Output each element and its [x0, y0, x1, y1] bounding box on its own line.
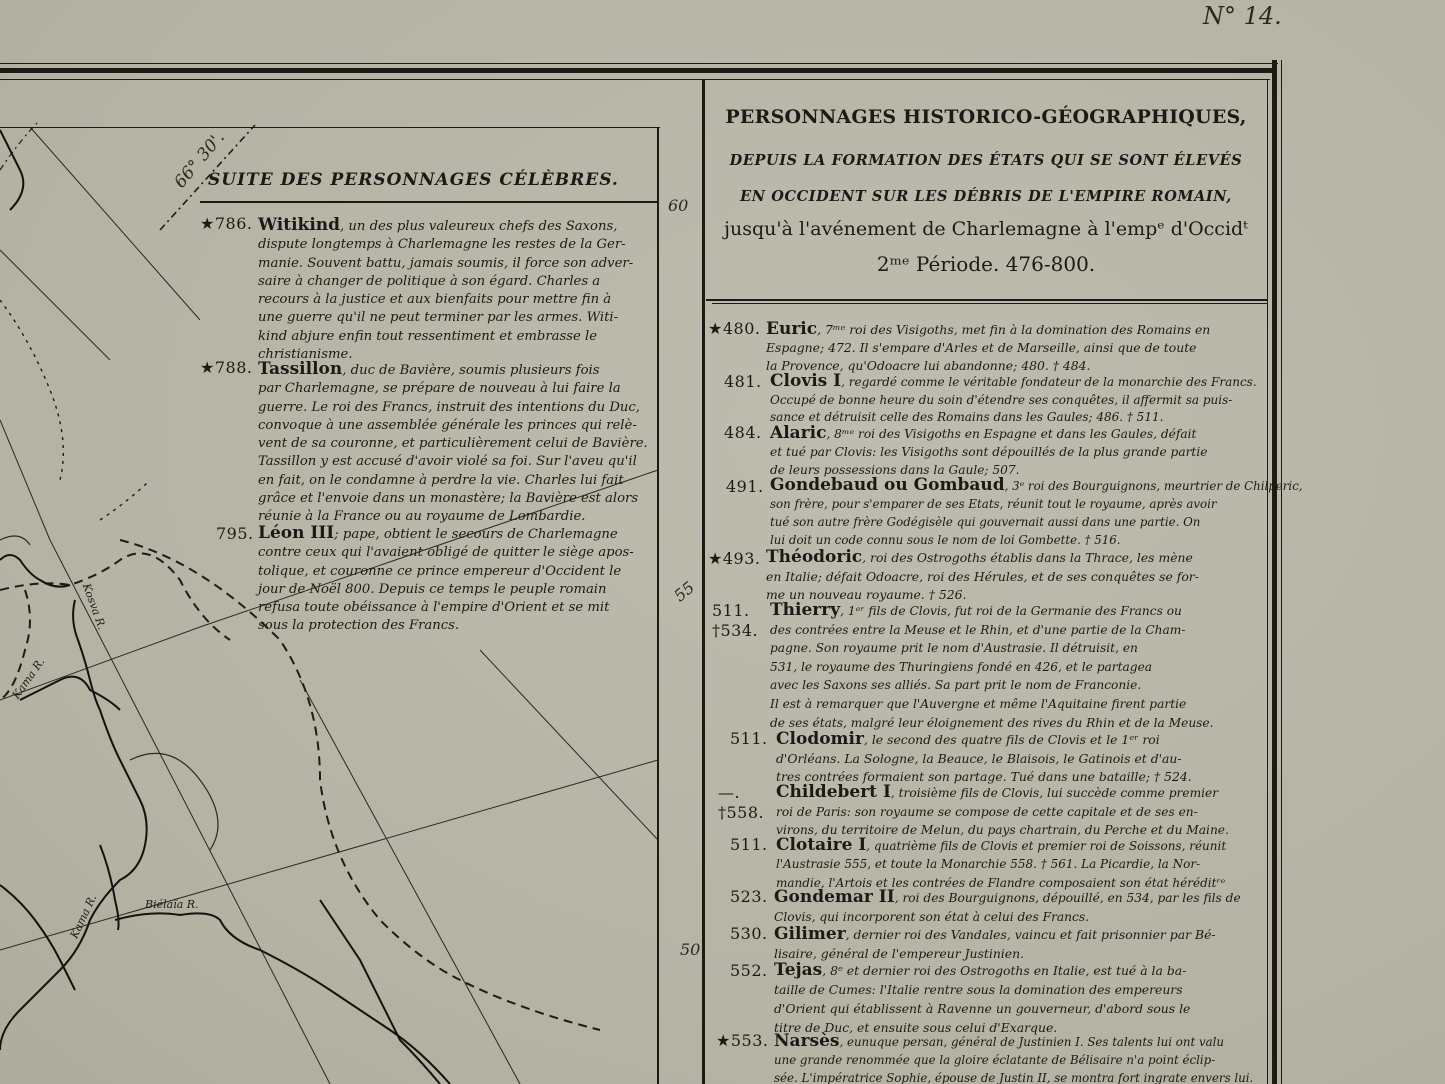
- entry-name: Léon III: [258, 523, 334, 543]
- entry-tassillon: ★788. Tassillon, duc de Bavière, soumis …: [258, 360, 648, 527]
- right-panel-period: 2ᵐᵉ Période. 476-800.: [706, 252, 1266, 276]
- left-panel-title: SUITE DES PERSONNAGES CÉLÈBRES.: [208, 170, 619, 190]
- border-thin-top: [0, 63, 1278, 64]
- entry-gondebaud: 491. Gondebaud ou Gombaud, 3ᵉ roi des Bo…: [770, 476, 1303, 549]
- right-panel-subtitle-2: EN OCCIDENT SUR LES DÉBRIS DE L'EMPIRE R…: [706, 188, 1266, 205]
- left-title-underline: [200, 201, 657, 203]
- right-title-underline: [706, 299, 1267, 301]
- left-panel-top-rule: [0, 127, 660, 128]
- entry-thierry: 511. †534. Thierry, 1ᵉʳ fils de Clovis, …: [770, 601, 1214, 732]
- river-label-bielaia: Biélaïa R.: [145, 898, 199, 911]
- entry-tejas: 552. Tejas, 8ᵉ et dernier roi des Ostrog…: [774, 961, 1190, 1037]
- entry-leon-iii: 795. Léon III; pape, obtient le secours …: [258, 524, 634, 636]
- entry-childebert-i: —. †558. Childebert I, troisième fils de…: [776, 783, 1229, 840]
- entry-gilimer: 530. Gilimer, dernier roi des Vandales, …: [774, 925, 1216, 963]
- border-thick-top: [0, 68, 1276, 73]
- entry-euric: ★480. Euric, 7ᵐᵉ roi des Visigoths, met …: [766, 320, 1210, 375]
- entry-theodoric: ★493. Théodoric, roi des Ostrogoths étab…: [766, 548, 1199, 605]
- border-inner-right: [1267, 80, 1268, 1084]
- entry-name: Witikind: [258, 215, 340, 235]
- right-title-underline-thin: [712, 303, 1267, 304]
- entry-clodomir: 511. Clodomir, le second des quatre fils…: [776, 730, 1192, 787]
- entry-gondemar-ii: 523. Gondemar II, roi des Bourguignons, …: [774, 888, 1241, 926]
- entry-witikind: ★786. Witikind, un des plus valeureux ch…: [258, 216, 633, 364]
- right-panel-subtitle-3: jusqu'à l'avénement de Charlemagne à l'e…: [706, 218, 1266, 240]
- border-thick-right: [1272, 60, 1277, 1084]
- entry-name: Tassillon: [258, 359, 342, 379]
- latitude-mark-60: 60: [668, 196, 688, 215]
- entry-year: ★788.: [200, 359, 252, 377]
- border-thin-right: [1281, 60, 1282, 1084]
- entry-year: 795.: [216, 525, 254, 543]
- border-inner-top: [0, 79, 1270, 80]
- latitude-mark-50: 50: [680, 940, 700, 959]
- entry-narses: ★553. Narsès, eunuque persan, général de…: [774, 1032, 1253, 1084]
- entry-clovis-i: 481. Clovis I, regardé comme le véritabl…: [770, 373, 1257, 427]
- entry-year: ★786.: [200, 215, 252, 233]
- entry-clotaire-i: 511. Clotaire I, quatrième fils de Clovi…: [776, 836, 1226, 892]
- right-panel-left-rule: [702, 80, 705, 1084]
- plate-number: N° 14.: [1203, 2, 1282, 30]
- left-panel-right-rule: [657, 127, 659, 1084]
- right-panel-title: PERSONNAGES HISTORICO-GÉOGRAPHIQUES,: [706, 106, 1266, 128]
- right-panel-subtitle-1: DEPUIS LA FORMATION DES ÉTATS QUI SE SON…: [706, 152, 1266, 169]
- entry-alaric: 484. Alaric, 8ᵐᵉ roi des Visigoths en Es…: [770, 424, 1207, 479]
